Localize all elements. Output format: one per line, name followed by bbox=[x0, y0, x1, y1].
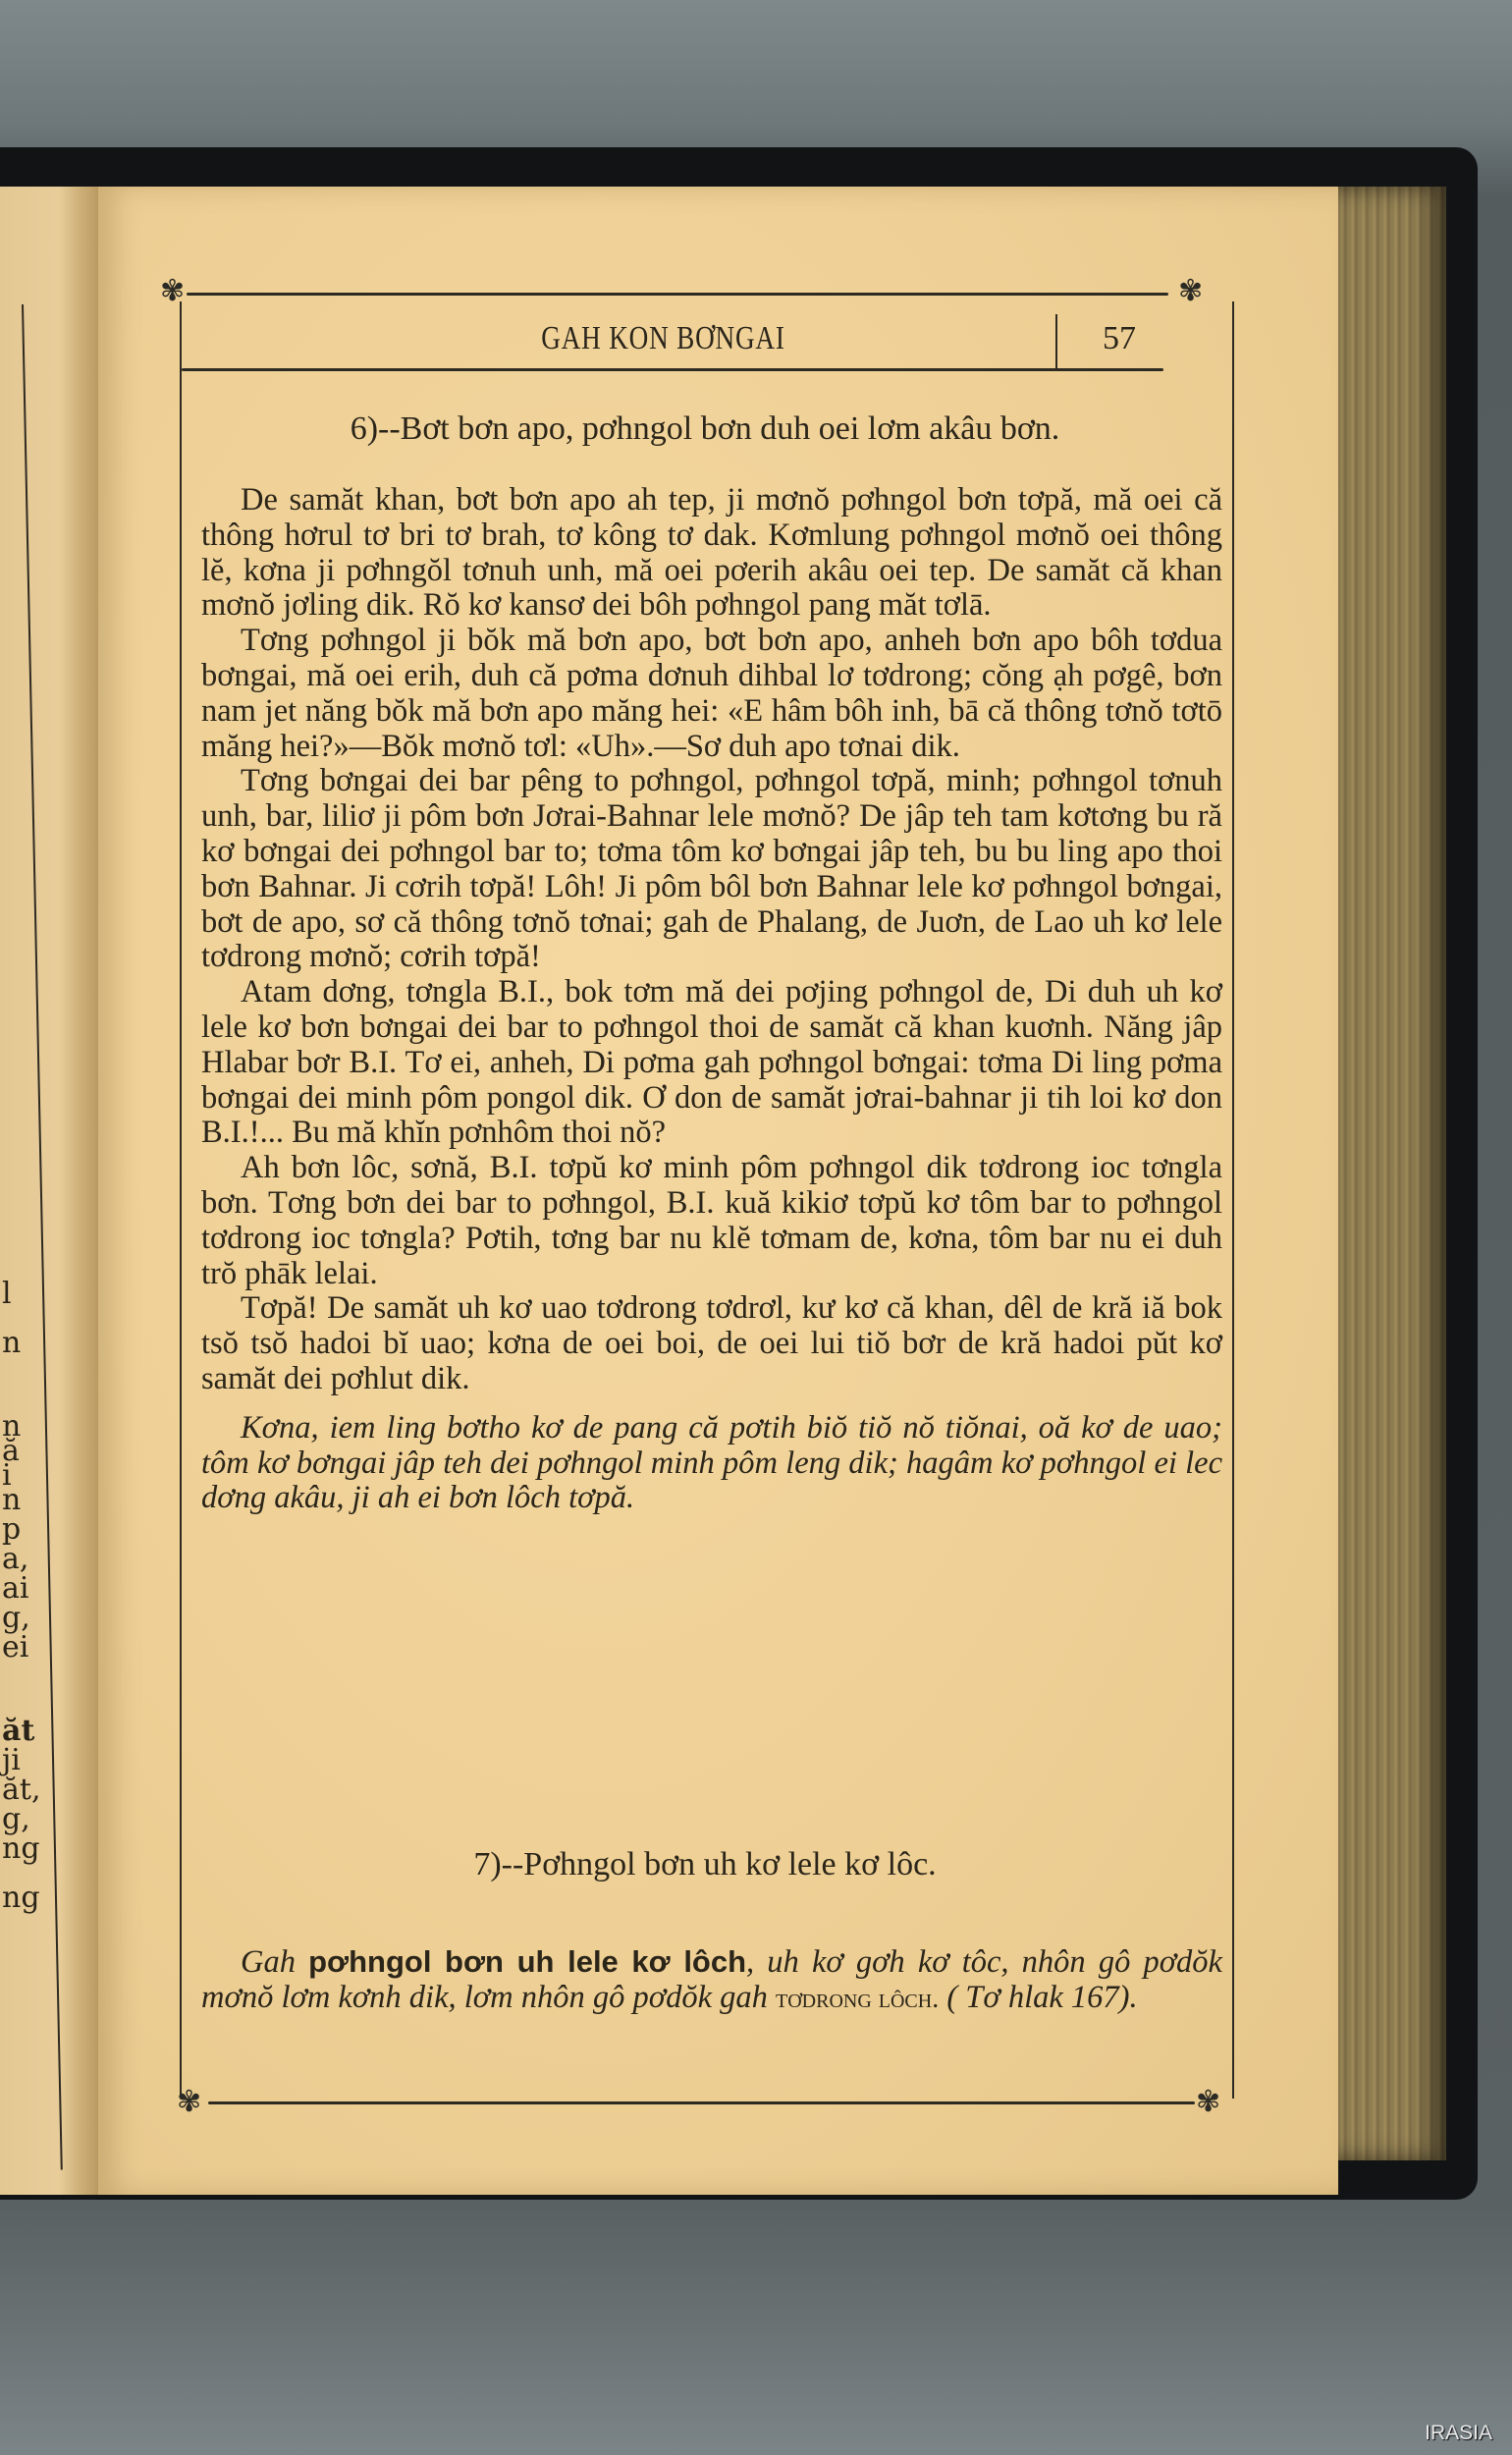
left-page-fragment: n bbox=[2, 1326, 21, 1361]
page-stack-edge bbox=[1338, 187, 1446, 2160]
bottom-rule bbox=[208, 2101, 1195, 2104]
right-page: ✾ ✾ GAH KON BƠNGAI 57 6)--Bơt bơn apo, p… bbox=[98, 187, 1338, 2195]
section-heading-7: 7)--Pơhngol bơn uh kơ lele kơ lôc. bbox=[180, 1846, 1230, 1883]
section-6-body: De samăt khan, bơt bơn apo ah tep, ji mơ… bbox=[201, 483, 1222, 1516]
summary-small-caps: tơdrong lôch. bbox=[776, 1984, 939, 2014]
header-rule bbox=[182, 368, 1163, 371]
page-reference: ( Tơ hlak 167). bbox=[939, 1980, 1137, 2015]
paragraph: Ah bơn lôc, sơnă, B.I. tơpŭ kơ minh pôm … bbox=[201, 1151, 1222, 1291]
summary-bold: pơhngol bơn uh lele kơ lôch bbox=[308, 1944, 746, 1979]
watermark: IRASIA bbox=[1425, 2422, 1492, 2445]
summary-paragraph: Gah pơhngol bơn uh lele kơ lôch, uh kơ g… bbox=[201, 1944, 1222, 2017]
left-page-fragment: ei bbox=[2, 1630, 28, 1665]
flower-ornament-icon: ✾ bbox=[1178, 277, 1203, 306]
paragraph: De samăt khan, bơt bơn apo ah tep, ji mơ… bbox=[201, 483, 1222, 624]
section-7-body: Gah pơhngol bơn uh lele kơ lôch, uh kơ g… bbox=[201, 1944, 1222, 2017]
section-heading-6: 6)--Bơt bơn apo, pơhngol bơn duh oei lơm… bbox=[180, 410, 1230, 448]
left-page-fragment: ng bbox=[2, 1831, 40, 1867]
paragraph: Tơng bơngai dei bar pêng to pơhngol, pơh… bbox=[201, 764, 1222, 975]
running-head: GAH KON BƠNGAI bbox=[277, 304, 1051, 373]
summary-lead: Gah bbox=[241, 1944, 308, 1980]
left-page: l n n ă i n p a, ai g, ei ăt ji ăt, g, n… bbox=[0, 187, 98, 2195]
paragraph: Tơng pơhngol ji bŏk mă bơn apo, bơt bơn … bbox=[201, 624, 1222, 764]
paragraph: Atam dơng, tơngla B.I., bok tơm mă dei p… bbox=[201, 975, 1222, 1151]
paragraph: Tơpă! De samăt uh kơ uao tơdrong tơdrơl,… bbox=[201, 1291, 1222, 1396]
flower-ornament-icon: ✾ bbox=[177, 2088, 201, 2117]
flower-ornament-icon: ✾ bbox=[1196, 2088, 1220, 2117]
left-page-fragment: l bbox=[2, 1277, 12, 1312]
page-number: 57 bbox=[1080, 304, 1159, 373]
italic-note: Kơna, iem ling bơtho kơ de pang că pơtih… bbox=[201, 1411, 1222, 1516]
flower-ornament-icon: ✾ bbox=[160, 277, 185, 306]
top-rule bbox=[187, 293, 1168, 296]
page-number-divider bbox=[1055, 314, 1057, 368]
left-page-fragment: ng bbox=[2, 1881, 40, 1916]
